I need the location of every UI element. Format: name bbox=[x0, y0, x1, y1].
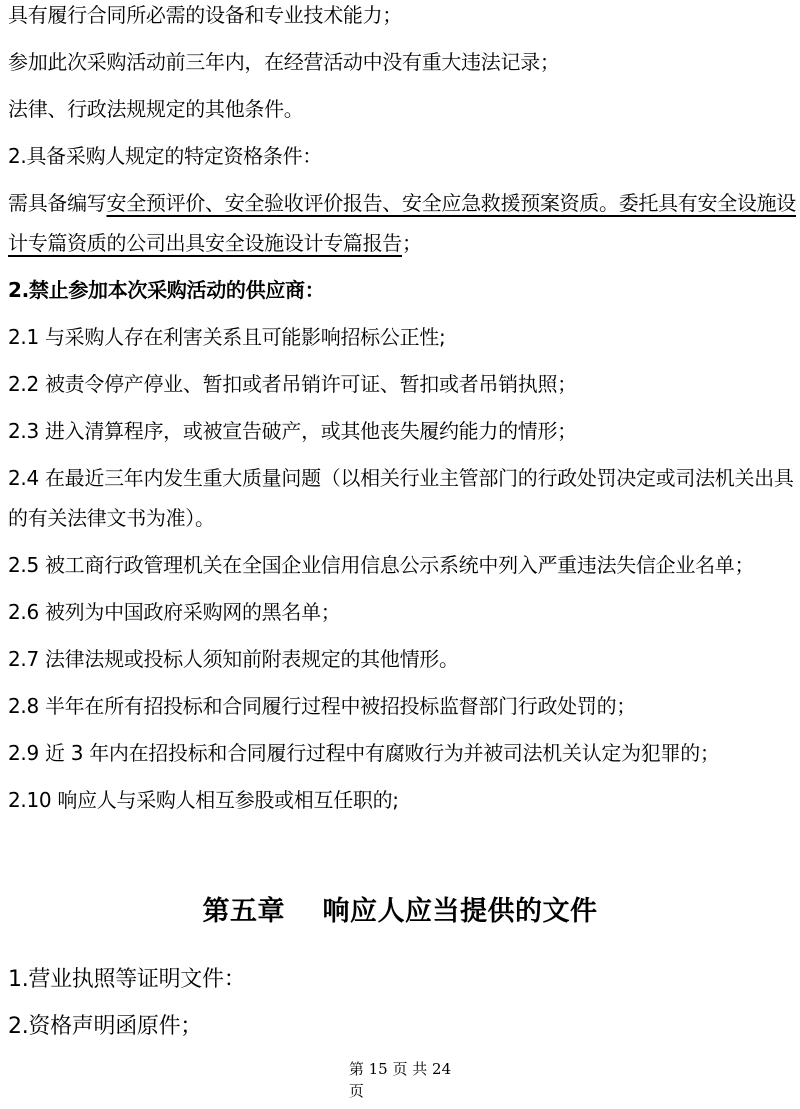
document-line: 2.资格声明函原件； bbox=[8, 1007, 792, 1047]
text-run: 2.禁止参加本次采购活动的供应商： bbox=[8, 278, 324, 302]
text-run: 2.2 被责令停产停业、暂扣或者吊销许可证、暂扣或者吊销执照； bbox=[8, 372, 577, 396]
document-body: 具有履行合同所必需的设备和专业技术能力；参加此次采购活动前三年内，在经营活动中没… bbox=[8, 0, 792, 1047]
document-line: 2.9 近 3 年内在招投标和合同履行过程中有腐败行为并被司法机关认定为犯罪的； bbox=[8, 733, 792, 773]
text-run: 参加此次采购活动前三年内，在经营活动中没有重大违法记录； bbox=[8, 50, 560, 74]
document-line: 1.营业执照等证明文件： bbox=[8, 960, 792, 1000]
text-run: ； bbox=[402, 231, 422, 255]
document-line: 需具备编写安全预评价、安全验收评价报告、安全应急救援预案资质。委托具有安全设施设 bbox=[8, 183, 792, 223]
document-line: 计专篇资质的公司出具安全设施设计专篇报告； bbox=[8, 223, 792, 263]
document-line: 2.具备采购人规定的特定资格条件： bbox=[8, 136, 792, 176]
document-line: 具有履行合同所必需的设备和专业技术能力； bbox=[8, 0, 792, 35]
document-line: 的有关法律文书为准）。 bbox=[8, 498, 792, 538]
document-line: 2.10 响应人与采购人相互参股或相互任职的; bbox=[8, 780, 792, 820]
document-line: 2.8 半年在所有招投标和合同履行过程中被招投标监督部门行政处罚的； bbox=[8, 686, 792, 726]
page-footer: 第 15 页 共 24 页 bbox=[349, 1058, 451, 1102]
text-run: 2.8 半年在所有招投标和合同履行过程中被招投标监督部门行政处罚的； bbox=[8, 694, 636, 718]
document-line: 2.7 法律法规或投标人须知前附表规定的其他情形。 bbox=[8, 639, 792, 679]
document-line: 2.4 在最近三年内发生重大质量问题（以相关行业主管部门的行政处罚决定或司法机关… bbox=[8, 458, 792, 498]
text-run: 具有履行合同所必需的设备和专业技术能力； bbox=[8, 3, 402, 27]
text-run: 2.资格声明函原件； bbox=[8, 1014, 202, 1039]
text-run: 的有关法律文书为准）。 bbox=[8, 506, 215, 530]
document-line: 2.禁止参加本次采购活动的供应商： bbox=[8, 270, 792, 310]
text-run: 法律、行政法规规定的其他条件。 bbox=[8, 97, 304, 121]
text-run: 需具备编写 bbox=[8, 191, 107, 215]
text-run: 2.1 与采购人存在利害关系且可能影响招标公正性; bbox=[8, 325, 445, 349]
underlined-text-run: 计专篇资质的公司出具安全设施设计专篇报告 bbox=[8, 231, 402, 255]
document-line: 参加此次采购活动前三年内，在经营活动中没有重大违法记录； bbox=[8, 42, 792, 82]
text-run: 第五章 响应人应当提供的文件 bbox=[203, 896, 598, 927]
document-line: 2.3 进入清算程序，或被宣告破产，或其他丧失履约能力的情形； bbox=[8, 411, 792, 451]
footer-page-number-line2: 页 bbox=[349, 1080, 451, 1102]
underlined-text-run: 安全预评价、安全验收评价报告、安全应急救援预案资质。委托具有安全设施设 bbox=[107, 191, 797, 215]
document-page: 具有履行合同所必需的设备和专业技术能力；参加此次采购活动前三年内，在经营活动中没… bbox=[0, 0, 800, 1104]
text-run: 2.9 近 3 年内在招投标和合同履行过程中有腐败行为并被司法机关认定为犯罪的； bbox=[8, 741, 720, 765]
footer-page-number-line1: 第 15 页 共 24 bbox=[349, 1058, 451, 1080]
text-run: 2.具备采购人规定的特定资格条件： bbox=[8, 144, 322, 168]
document-line: 2.2 被责令停产停业、暂扣或者吊销许可证、暂扣或者吊销执照； bbox=[8, 364, 792, 404]
document-line: 2.6 被列为中国政府采购网的黑名单； bbox=[8, 592, 792, 632]
text-run: 2.4 在最近三年内发生重大质量问题（以相关行业主管部门的行政处罚决定或司法机关… bbox=[8, 466, 794, 490]
text-run: 2.5 被工商行政管理机关在全国企业信用信息公示系统中列入严重违法失信企业名单； bbox=[8, 553, 754, 577]
document-line: 法律、行政法规规定的其他条件。 bbox=[8, 89, 792, 129]
text-run: 2.10 响应人与采购人相互参股或相互任职的; bbox=[8, 788, 399, 812]
chapter-title: 第五章 响应人应当提供的文件 bbox=[8, 890, 792, 934]
document-line: 2.5 被工商行政管理机关在全国企业信用信息公示系统中列入严重违法失信企业名单； bbox=[8, 545, 792, 585]
text-run: 2.3 进入清算程序，或被宣告破产，或其他丧失履约能力的情形； bbox=[8, 419, 577, 443]
text-run: 1.营业执照等证明文件： bbox=[8, 967, 245, 992]
document-line: 2.1 与采购人存在利害关系且可能影响招标公正性; bbox=[8, 317, 792, 357]
text-run: 2.7 法律法规或投标人须知前附表规定的其他情形。 bbox=[8, 647, 459, 671]
text-run: 2.6 被列为中国政府采购网的黑名单； bbox=[8, 600, 340, 624]
